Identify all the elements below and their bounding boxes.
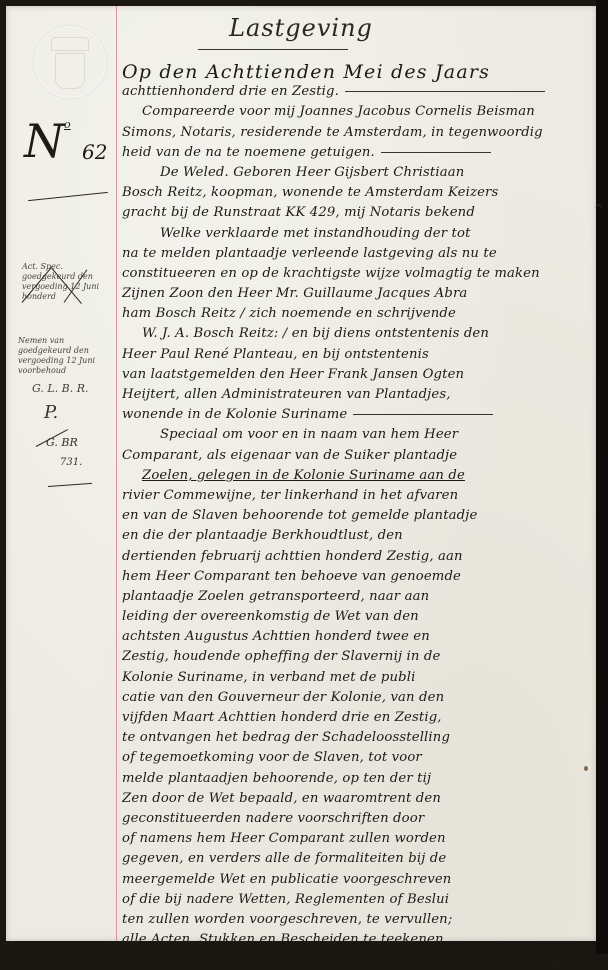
text-line: W. J. A. Bosch Reitz: / en bij diens ont… [122,324,600,344]
text-line-content: achttienhonderd drie en Zestig. [122,84,339,99]
text-line: Welke verklaarde met instandhouding der … [122,224,600,244]
text-line: meergemelde Wet en publicatie voorgeschr… [122,870,600,890]
filler-dash [381,152,491,153]
number-superscript: o [64,118,71,131]
margin-signature-gbr: G. BR [46,438,78,448]
ink-spot [584,766,588,771]
text-line: Simons, Notaris, residerende te Amsterda… [122,123,600,143]
text-line: plantaadje Zoelen getransporteerd, naar … [122,587,600,607]
text-line: en die der plantaadje Berkhoudtlust, den [122,526,600,546]
text-line: na te melden plantaadje verleende lastge… [122,244,600,264]
document-page: Lastgeving N o 62 Act. Spec. goedgekeurd… [6,6,596,941]
text-line: te ontvangen het bedrag der Schadeloosst… [122,728,600,748]
text-line: Bosch Reitz, koopman, wonende te Amsterd… [122,183,600,203]
text-line: hem Heer Comparant ten behoeve van genoe… [122,567,600,587]
number-value: 62 [82,140,107,164]
text-line: gegeven, en verders alle de formaliteite… [122,849,600,869]
text-line: Zen door de Wet bepaald, en waaromtrent … [122,789,600,809]
text-line: Comparant, als eigenaar van de Suiker pl… [122,446,600,466]
title-underline [198,49,348,50]
text-line-content: heid van de na te noemene getuigen. [122,145,375,160]
margin-folio-number: 731. [60,458,82,468]
text-line: De Weled. Geboren Heer Gijsbert Christia… [122,163,600,183]
folio-underline [48,483,92,487]
text-line: Compareerde voor mij Joannes Jacobus Cor… [122,102,600,122]
margin-note-recording: Nemen van goedgekeurd den vergoeding 12 … [18,336,113,376]
text-line: of tegemoetkoming voor de Slaven, tot vo… [122,748,600,768]
margin-initials: G. L. B. R. [32,384,89,394]
text-line: geconstitueerden nadere voorschriften do… [122,809,600,829]
text-line: alle Acten, Stukken en Bescheiden te tee… [122,930,600,950]
text-line: rivier Commewijne, ter linkerhand in het… [122,486,600,506]
text-line-content: wonende in de Kolonie Suriname [122,407,347,422]
text-line: constitueeren en op de krachtigste wijze… [122,264,600,284]
document-title: Lastgeving [201,14,401,42]
text-line: achttienhonderd drie en Zestig. [122,82,600,102]
text-line: dertienden februarij achttien honderd Ze… [122,547,600,567]
text-line: Heijtert, allen Administrateuren van Pla… [122,385,600,405]
text-line: of die bij nadere Wetten, Reglementen of… [122,890,600,910]
text-line: ham Bosch Reitz / zich noemende en schri… [122,304,600,324]
text-line: Zijnen Zoon den Heer Mr. Guillaume Jacqu… [122,284,600,304]
shield-emboss-icon [55,53,85,89]
text-line: heid van de na te noemene getuigen. [122,143,600,163]
text-line: en van de Slaven behoorende tot gemelde … [122,506,600,526]
text-line: van laatstgemelden den Heer Frank Jansen… [122,365,600,385]
text-line: Kolonie Suriname, in verband met de publ… [122,668,600,688]
filler-dash [353,414,493,415]
text-line: catie van den Gouverneur der Kolonie, va… [122,688,600,708]
number-underline [28,192,108,201]
text-line: melde plantaadjen behoorende, op ten der… [122,769,600,789]
text-line: Speciaal om voor en in naam van hem Heer [122,425,600,445]
red-margin-rule [116,6,117,941]
text-line: leiding der overeenkomstig de Wet van de… [122,607,600,627]
text-line: Op den Achttienden Mei des Jaars [122,62,600,82]
text-line: Zestig, houdende opheffing der Slavernij… [122,647,600,667]
text-line: achtsten Augustus Achttien honderd twee … [122,627,600,647]
text-line: of namens hem Heer Comparant zullen word… [122,829,600,849]
text-line: wonende in de Kolonie Suriname [122,405,600,425]
margin-p-mark: P. [44,408,58,418]
text-line: Zoelen, gelegen in de Kolonie Suriname a… [122,466,600,486]
number-prefix: N [24,114,64,168]
document-body: Op den Achttienden Mei des Jaars achttie… [122,62,600,954]
embossed-seal-stamp [34,26,106,98]
crown-emboss-icon [51,37,89,51]
text-line: Heer Paul René Planteau, en bij ontstent… [122,345,600,365]
filler-dash [345,91,545,92]
text-line: ten zullen worden voorgeschreven, te ver… [122,910,600,930]
catchword-line: der [122,950,600,954]
plantation-name-zoelen: Zoelen, gelegen in de Kolonie Suriname a… [142,468,465,483]
document-number: N o 62 [24,114,64,168]
text-line: gracht bij de Runstraat KK 429, mij Nota… [122,203,600,223]
text-line: vijfden Maart Achttien honderd drie en Z… [122,708,600,728]
